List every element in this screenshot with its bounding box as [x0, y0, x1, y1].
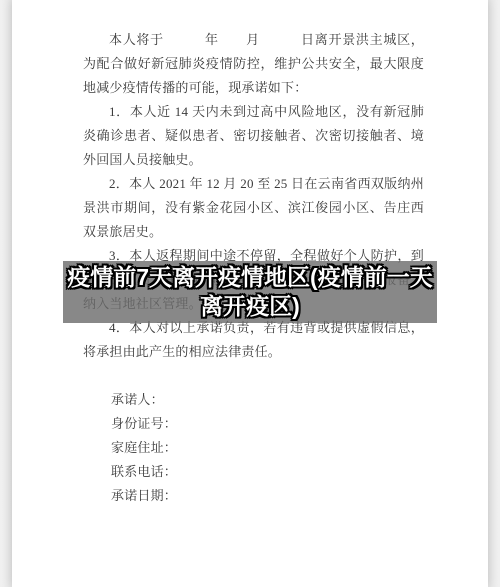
field-label-phone: 联系电话：: [111, 460, 424, 484]
commitment-item-4: 4．本人对以上承诺负责，若有违背或提供虚假信息，将承担由此产生的相应法律责任。: [83, 316, 424, 364]
signature-block: 承诺人： 身份证号： 家庭住址： 联系电话： 承诺日期：: [111, 388, 424, 508]
screenshot-stage: 本人将于 年 月 日离开景洪主城区，为配合做好新冠肺炎疫情防控，维护公共安全，最…: [0, 0, 500, 587]
title-banner: 疫情前7天离开疫情地区(疫情前一天离开疫区): [63, 261, 437, 323]
field-label-date: 承诺日期：: [111, 484, 424, 508]
field-label-id-number: 身份证号：: [111, 412, 424, 436]
title-banner-text: 疫情前7天离开疫情地区(疫情前一天离开疫区): [64, 263, 436, 321]
commitment-item-2: 2．本人 2021 年 12 月 20 至 25 日在云南省西双版纳州景洪市期间…: [83, 172, 424, 244]
intro-paragraph: 本人将于 年 月 日离开景洪主城区，为配合做好新冠肺炎疫情防控，维护公共安全，最…: [83, 28, 424, 100]
field-label-home-address: 家庭住址：: [111, 436, 424, 460]
field-label-signer: 承诺人：: [111, 388, 424, 412]
commitment-item-1: 1．本人近 14 天内未到过高中风险地区，没有新冠肺炎确诊患者、疑似患者、密切接…: [83, 100, 424, 172]
